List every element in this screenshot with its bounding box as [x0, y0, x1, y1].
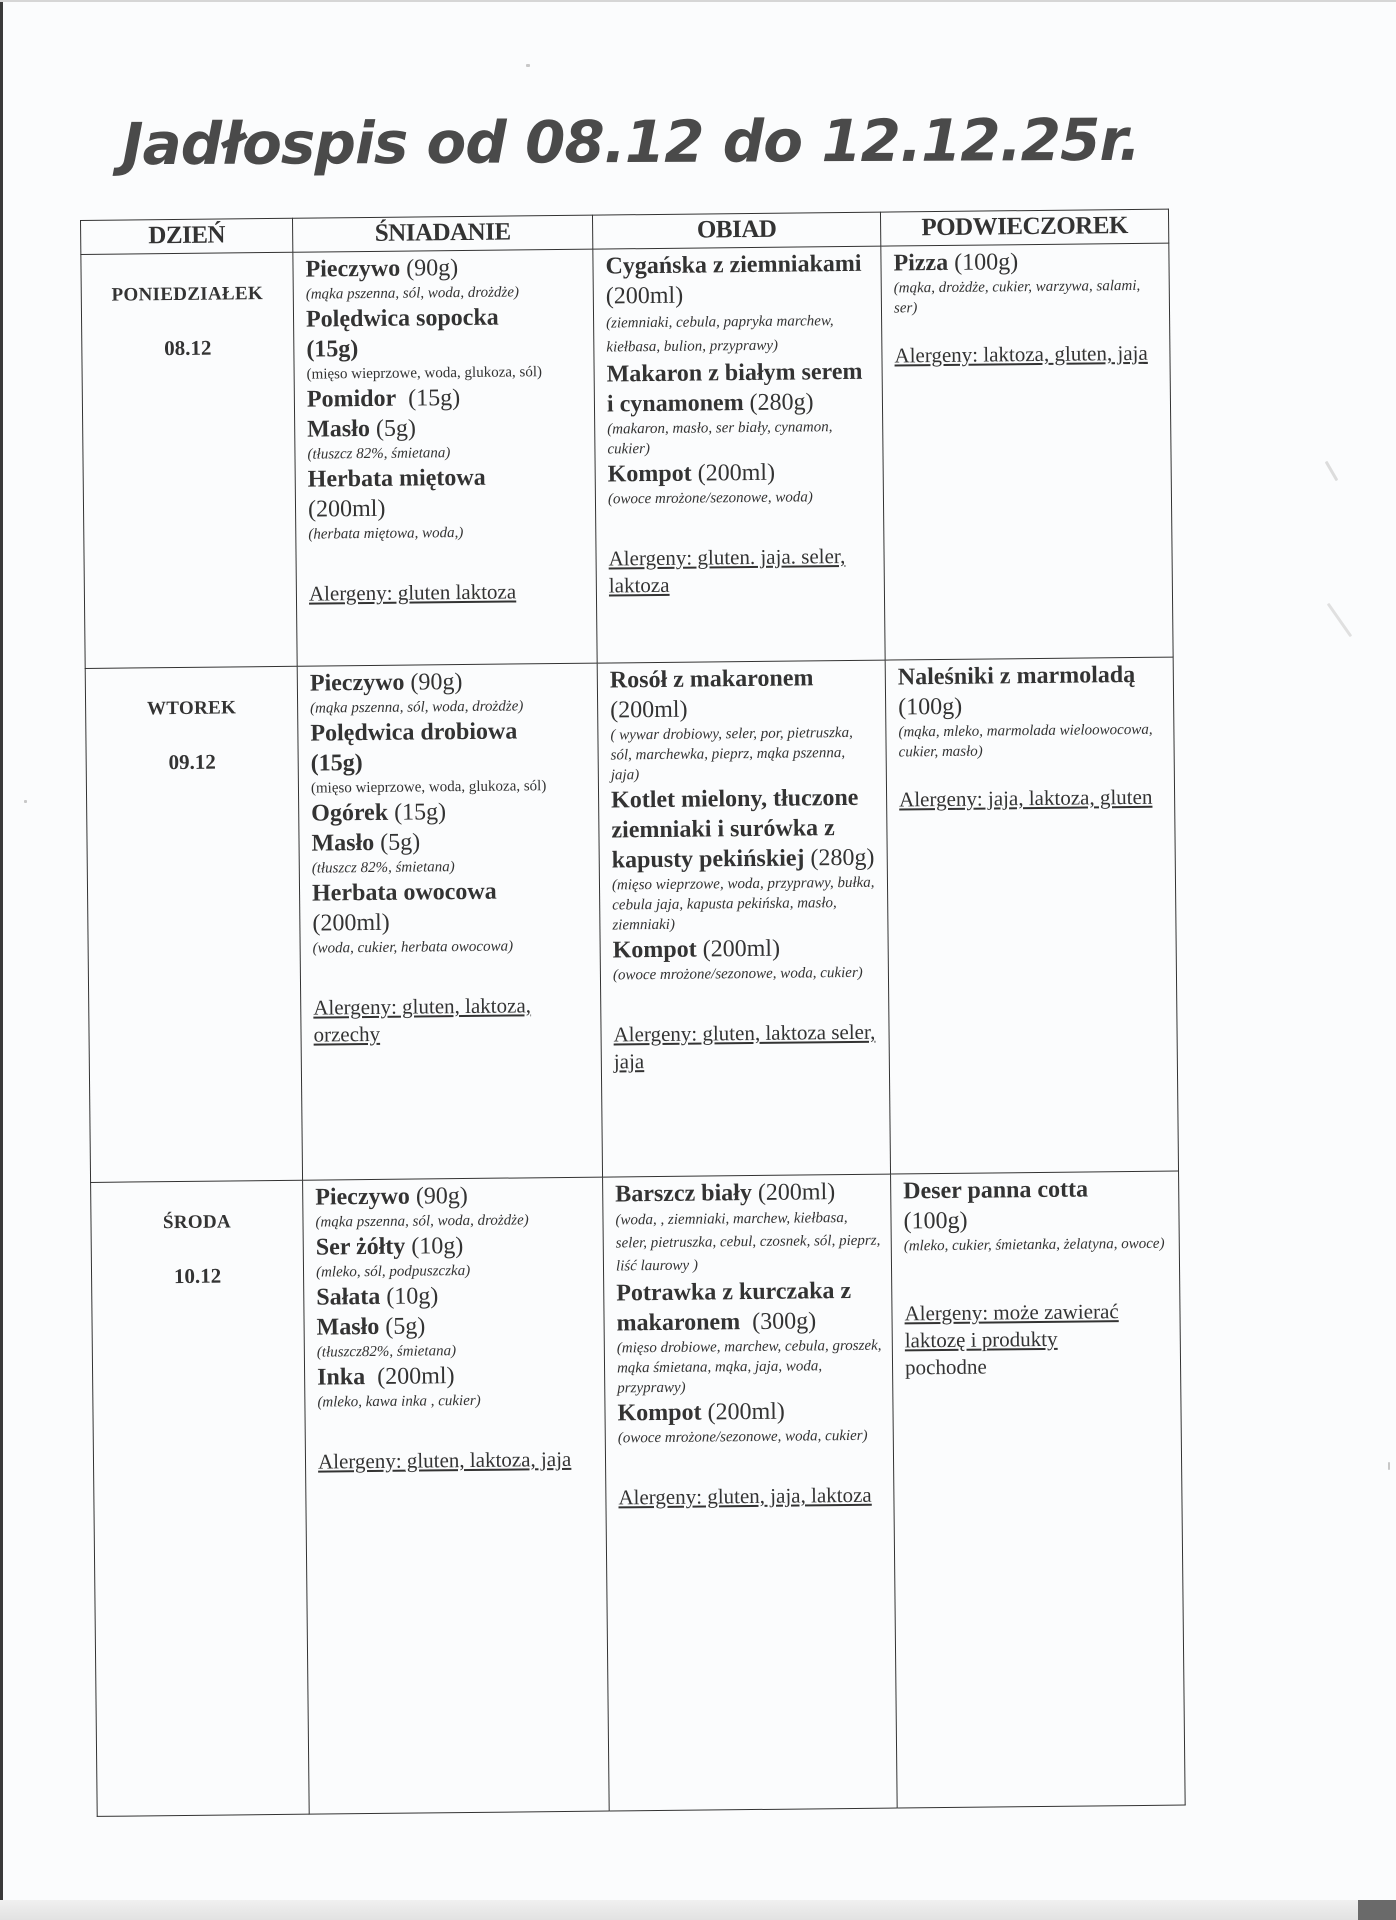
dish: Inka (200ml): [317, 1360, 594, 1393]
dish-ingredients: (owoce mrożone/sezonowe, woda, cukier): [618, 1426, 883, 1449]
dish-name: Ogórek: [311, 800, 388, 827]
dish: Makaron z białym serem i cynamonem (280g…: [606, 357, 872, 420]
dish-name: Makaron z białym serem i cynamonem: [607, 359, 863, 418]
dish: Deser panna cotta(100g): [903, 1174, 1169, 1237]
scan-speck: [1327, 603, 1352, 637]
dish: Cygańska z ziemniakami (200ml): [605, 249, 871, 312]
dish-ingredients: (makaron, masło, ser biały, cynamon, cuk…: [607, 417, 872, 460]
dish: Pieczywo (90g): [305, 252, 582, 285]
dish: Sałata (10g): [316, 1280, 593, 1313]
scan-edge: [1358, 1900, 1396, 1920]
dish-name: Pomidor: [307, 386, 397, 413]
day-name: PONIEDZIAŁEK: [82, 283, 293, 307]
dish-qty: (5g): [385, 1313, 425, 1339]
scan-speck: [1325, 461, 1339, 482]
day-cell: PONIEDZIAŁEK 08.12: [81, 252, 297, 668]
day-name: ŚRODA: [91, 1211, 302, 1235]
allergens: Alergeny: gluten laktoza: [309, 578, 586, 608]
dish: Masło (5g): [307, 412, 584, 445]
snack-cell: Pizza (100g) (mąka, drożdże, cukier, war…: [881, 243, 1173, 660]
dish-qty: (15g): [306, 336, 358, 363]
dish-qty: (200ml): [610, 697, 688, 724]
dish-name: Kompot: [613, 937, 697, 964]
dish-qty: (90g): [416, 1183, 468, 1210]
dish-name: Inka: [317, 1364, 365, 1391]
breakfast-cell: Pieczywo (90g) (mąka pszenna, sól, woda,…: [293, 249, 597, 666]
page-title: Jadłospis od 08.12 do 12.12.25r.: [122, 106, 1140, 178]
scan-edge: [0, 0, 1396, 2]
dish-ingredients: (ziemniaki, cebula, papryka marchew, kie…: [606, 309, 871, 360]
dish-name: Polędwica sopocka: [306, 305, 499, 333]
day-row-wednesday: ŚRODA 10.12 Pieczywo (90g) (mąka pszenna…: [91, 1171, 1186, 1816]
header-day: DZIEŃ: [81, 218, 293, 254]
allergens: Alergeny: gluten, jaja, laktoza: [618, 1482, 883, 1512]
dish-name: Pieczywo: [305, 256, 400, 283]
dish-qty: (10g): [386, 1283, 438, 1310]
dish: Potrawka z kurczaka z makaronem (300g): [616, 1276, 882, 1339]
dish-qty: (200ml): [377, 1363, 455, 1390]
dish: Masło (5g): [311, 826, 588, 859]
dish-qty: (90g): [410, 669, 462, 696]
dish-ingredients: (owoce mrożone/sezonowe, woda, cukier): [613, 963, 878, 986]
day-name: WTOREK: [86, 697, 297, 721]
dish-name: Masło: [307, 416, 370, 443]
day-date: 10.12: [92, 1263, 303, 1290]
dish: Kompot (200ml): [617, 1396, 882, 1429]
allergens: Alergeny: gluten, laktoza seler, jaja: [613, 1019, 879, 1076]
menu-table: DZIEŃ ŚNIADANIE OBIAD PODWIECZOREK PONIE…: [80, 209, 1186, 1817]
dish-qty: (15g): [311, 750, 363, 777]
dish-qty: (5g): [376, 415, 416, 441]
dish-name: Ser żółty: [316, 1234, 406, 1261]
dish: Polędwica sopocka(15g): [306, 302, 584, 365]
dish-qty: (15g): [394, 799, 446, 826]
dish-qty: (10g): [411, 1233, 463, 1260]
dish-name: Rosół z makaronem: [610, 665, 814, 693]
dish-name: Pizza: [893, 250, 948, 277]
allergens: Alergeny: gluten, laktoza, orzechy: [313, 992, 591, 1049]
dish: Herbata owocowa(200ml): [312, 876, 590, 939]
header-lunch: OBIAD: [592, 212, 880, 249]
day-cell: WTOREK 09.12: [85, 666, 302, 1182]
dish-name: Kompot: [617, 1400, 701, 1427]
scan-edge: [0, 0, 3, 1920]
dish: Masło (5g): [316, 1310, 593, 1343]
dish-name: Sałata: [316, 1284, 380, 1311]
dish-qty: (200ml): [698, 460, 776, 487]
dish-ingredients: (owoce mrożone/sezonowe, woda): [608, 487, 873, 510]
dish: Herbata miętowa(200ml): [308, 462, 586, 525]
dish-qty: (200ml): [308, 496, 386, 523]
dish-ingredients: (mąka, drożdże, cukier, warzywa, salami,…: [894, 276, 1159, 319]
dish: Pieczywo (90g): [310, 666, 587, 699]
dish-qty: (280g): [749, 389, 813, 416]
dish-qty: (200ml): [758, 1179, 836, 1206]
dish-ingredients: (mięso drobiowe, marchew, cebula, grosze…: [617, 1336, 883, 1399]
dish-name: Deser panna cotta: [903, 1176, 1088, 1204]
dish: Pizza (100g): [893, 246, 1158, 279]
dish-qty: (100g): [954, 249, 1018, 276]
allergens: Alergeny: gluten. jaja. seler, laktoza: [608, 543, 874, 600]
snack-cell: Naleśniki z marmoladą (100g) (mąka, mlek…: [885, 657, 1178, 1174]
dish-ingredients: (mięso wieprzowe, woda, przyprawy, bułka…: [612, 873, 878, 936]
dish: Pieczywo (90g): [315, 1180, 592, 1213]
allergens-tail: pochodne: [905, 1352, 1170, 1382]
dish: Rosół z makaronem(200ml): [610, 663, 876, 726]
scan-speck: [1388, 1462, 1390, 1470]
header-snack: PODWIECZOREK: [880, 209, 1168, 246]
dish-ingredients: (herbata miętowa, woda,): [308, 522, 585, 545]
day-date: 08.12: [82, 335, 293, 362]
dish: Kotlet mielony, tłuczone ziemniaki i sur…: [611, 783, 877, 876]
dish: Pomidor (15g): [307, 382, 584, 415]
dish-name: Cygańska z ziemniakami: [605, 251, 861, 280]
dish-qty: (100g): [898, 694, 962, 721]
dish-qty: (5g): [380, 829, 420, 855]
dish: Ser żółty (10g): [316, 1230, 593, 1263]
dish: Kompot (200ml): [613, 933, 878, 966]
dish-name: Masło: [311, 830, 374, 857]
dish-qty: (15g): [408, 385, 460, 412]
allergens: Alergeny: może zawierać laktozę i produk…: [904, 1298, 1170, 1355]
dish-name: Pieczywo: [310, 670, 405, 697]
header-breakfast: ŚNIADANIE: [292, 215, 592, 252]
dish-ingredients: (mąka, mleko, marmolada wieloowocowa, cu…: [898, 720, 1163, 763]
lunch-cell: Barszcz biały (200ml) (woda, , ziemniaki…: [603, 1174, 898, 1811]
dish-name: Masło: [316, 1314, 379, 1341]
day-cell: ŚRODA 10.12: [91, 1180, 310, 1816]
day-row-tuesday: WTOREK 09.12 Pieczywo (90g) (mąka pszenn…: [85, 657, 1178, 1182]
dish-qty: (100g): [903, 1208, 967, 1235]
scan-speck: [24, 800, 27, 803]
dish-qty: (300g): [752, 1308, 816, 1335]
scan-speck: [526, 64, 530, 67]
dish-qty: (200ml): [703, 936, 781, 963]
breakfast-cell: Pieczywo (90g) (mąka pszenna, sól, woda,…: [297, 663, 602, 1180]
dish-qty: (280g): [810, 845, 874, 872]
dish-qty: (200ml): [707, 1399, 785, 1426]
dish: Naleśniki z marmoladą (100g): [898, 660, 1164, 723]
dish-name: Herbata owocowa: [312, 879, 497, 907]
dish-qty: (90g): [406, 255, 458, 282]
dish-qty: (200ml): [606, 283, 684, 310]
dish-name: Naleśniki z marmoladą: [898, 662, 1136, 690]
dish-qty: (200ml): [312, 910, 390, 937]
allergens: Alergeny: laktoza, gluten, jaja: [894, 340, 1159, 370]
day-date: 09.12: [87, 749, 298, 776]
day-row-monday: PONIEDZIAŁEK 08.12 Pieczywo (90g) (mąka …: [81, 243, 1173, 668]
dish-ingredients: (woda, , ziemniaki, marchew, kiełbasa, s…: [615, 1207, 881, 1279]
dish: Ogórek (15g): [311, 796, 588, 829]
lunch-cell: Rosół z makaronem(200ml) ( wywar drobiow…: [597, 660, 890, 1177]
dish: Kompot (200ml): [608, 457, 873, 490]
dish-name: Pieczywo: [315, 1184, 410, 1211]
dish-name: Barszcz biały: [615, 1180, 752, 1207]
breakfast-cell: Pieczywo (90g) (mąka pszenna, sól, woda,…: [303, 1177, 610, 1814]
dish-name: Kompot: [608, 461, 692, 488]
dish-ingredients: (woda, cukier, herbata owocowa): [313, 936, 590, 959]
dish: Barszcz biały (200ml): [615, 1177, 880, 1210]
snack-cell: Deser panna cotta(100g) (mleko, cukier, …: [891, 1171, 1186, 1808]
scan-edge: [0, 1900, 1396, 1920]
dish-ingredients: (mleko, cukier, śmietanka, żelatyna, owo…: [904, 1234, 1169, 1257]
dish-ingredients: ( wywar drobiowy, seler, por, pietruszka…: [610, 723, 876, 786]
allergens: Alergeny: jaja, laktoza, gluten: [899, 784, 1164, 814]
allergens: Alergeny: gluten, laktoza, jaja: [318, 1446, 595, 1476]
dish-name: Polędwica drobiowa: [310, 718, 517, 746]
lunch-cell: Cygańska z ziemniakami (200ml) (ziemniak…: [593, 246, 885, 663]
dish: Polędwica drobiowa(15g): [310, 716, 588, 779]
dish-name: Herbata miętowa: [308, 465, 486, 493]
dish-ingredients: (mleko, kawa inka , cukier): [317, 1390, 594, 1413]
